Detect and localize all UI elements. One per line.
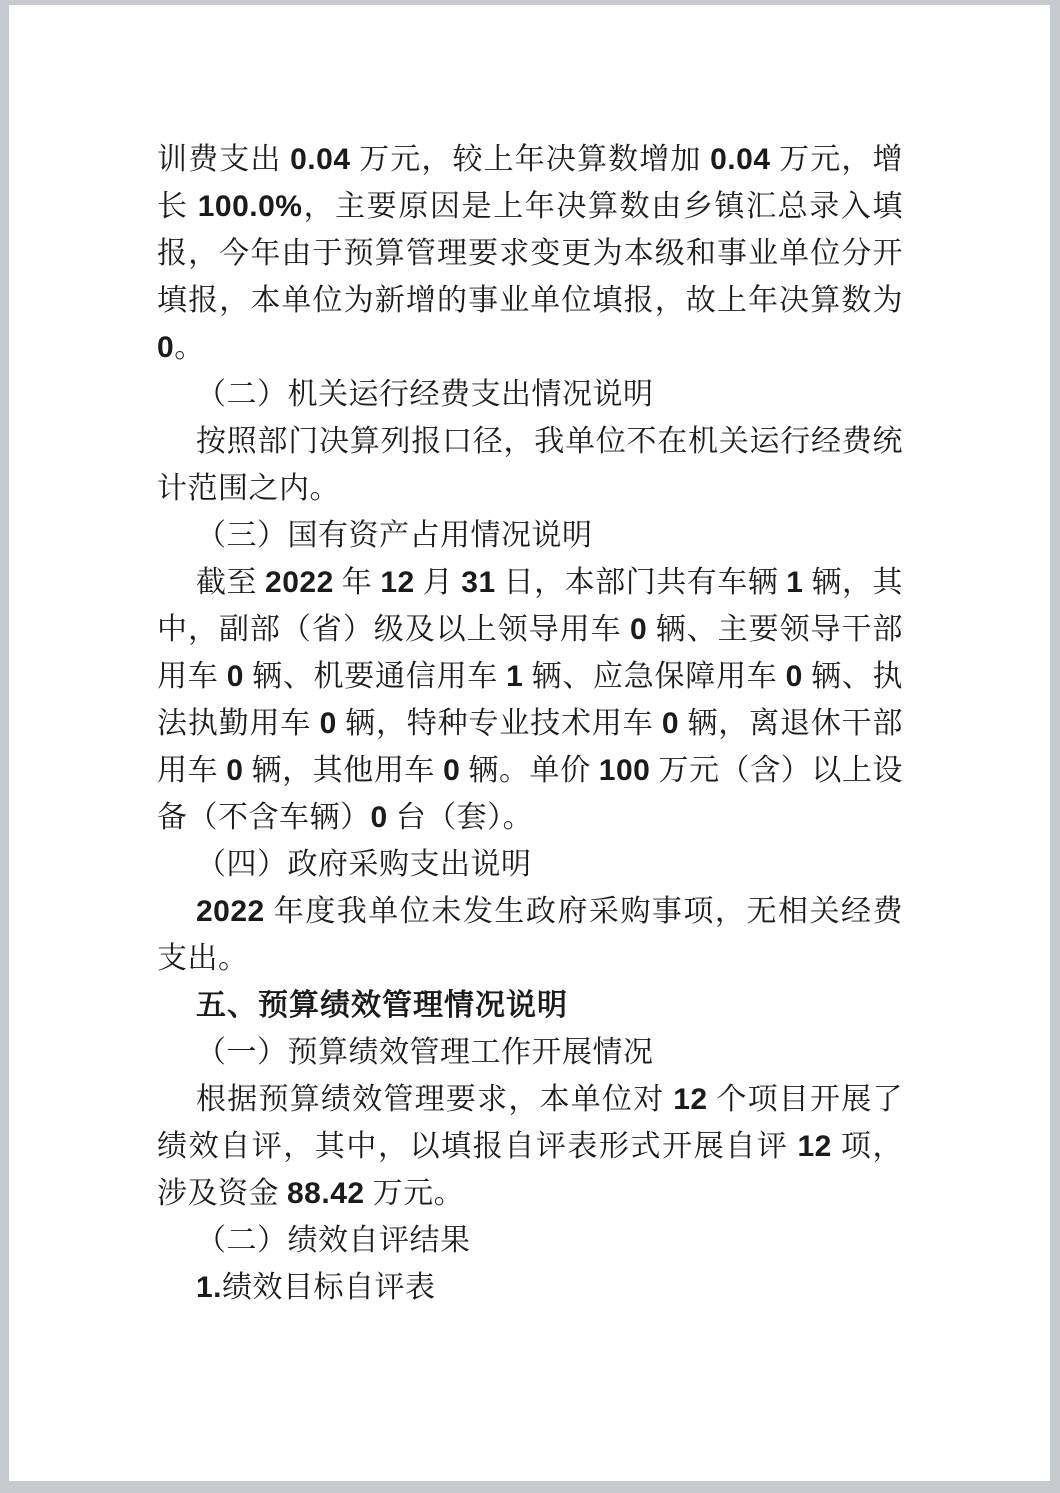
heading-4-government-procurement: （四）政府采购支出说明 (157, 841, 903, 888)
heading-5-1-performance-work: （一）预算绩效管理工作开展情况 (157, 1029, 903, 1076)
numeric-value: 88.42 (287, 1177, 365, 1210)
numeric-value: 2022 (196, 895, 265, 928)
numeric-value: 12 (673, 1083, 707, 1116)
para-performance-work: 根据预算绩效管理要求，本单位对 12 个项目开展了绩效自评，其中，以填报自评表形… (157, 1076, 903, 1217)
heading-3-state-assets-occupancy: （三）国有资产占用情况说明 (157, 512, 903, 559)
numeric-value: 0 (786, 660, 803, 693)
document-page: 训费支出 0.04 万元，较上年决算数增加 0.04 万元，增长 100.0%，… (9, 5, 1050, 1481)
numeric-value: 0 (320, 707, 337, 740)
numeric-value: 0 (157, 331, 174, 364)
numeric-value: 0.04 (290, 143, 350, 176)
numeric-value: 0 (227, 660, 244, 693)
para-performance-target-table: 1.绩效目标自评表 (157, 1264, 903, 1311)
numeric-value: 12 (797, 1130, 831, 1163)
para-agency-operating-expenses: 按照部门决算列报口径，我单位不在机关运行经费统计范围之内。 (157, 418, 903, 512)
heading-5-2-self-evaluation-results: （二）绩效自评结果 (157, 1217, 903, 1264)
numeric-value: 31 (461, 566, 495, 599)
numeric-value: 0 (226, 754, 243, 787)
numeric-value: 100.0% (198, 190, 303, 223)
numeric-value: 0.04 (710, 143, 770, 176)
para-state-assets-occupancy: 截至 2022 年 12 月 31 日，本部门共有车辆 1 辆，其中，副部（省）… (157, 559, 903, 841)
numeric-value: 1 (786, 566, 803, 599)
para-government-procurement: 2022 年度我单位未发生政府采购事项，无相关经费支出。 (157, 888, 903, 982)
numeric-value: 2022 (265, 566, 334, 599)
para-training-fee-continuation: 训费支出 0.04 万元，较上年决算数增加 0.04 万元，增长 100.0%，… (157, 136, 903, 371)
numeric-value: 0 (630, 613, 647, 646)
document-viewport: 训费支出 0.04 万元，较上年决算数增加 0.04 万元，增长 100.0%，… (0, 0, 1060, 1493)
heading-5-budget-performance: 五、预算绩效管理情况说明 (157, 982, 903, 1029)
numeric-value: 12 (380, 566, 414, 599)
numeric-value: 0 (443, 754, 460, 787)
numeric-value: 1 (506, 660, 523, 693)
document-text-block: 训费支出 0.04 万元，较上年决算数增加 0.04 万元，增长 100.0%，… (157, 136, 903, 1311)
numeric-value: 1. (196, 1271, 222, 1304)
numeric-value: 100 (599, 754, 651, 787)
numeric-value: 0 (662, 707, 679, 740)
heading-2-agency-operating-expenses: （二）机关运行经费支出情况说明 (157, 371, 903, 418)
numeric-value: 0 (371, 801, 388, 834)
